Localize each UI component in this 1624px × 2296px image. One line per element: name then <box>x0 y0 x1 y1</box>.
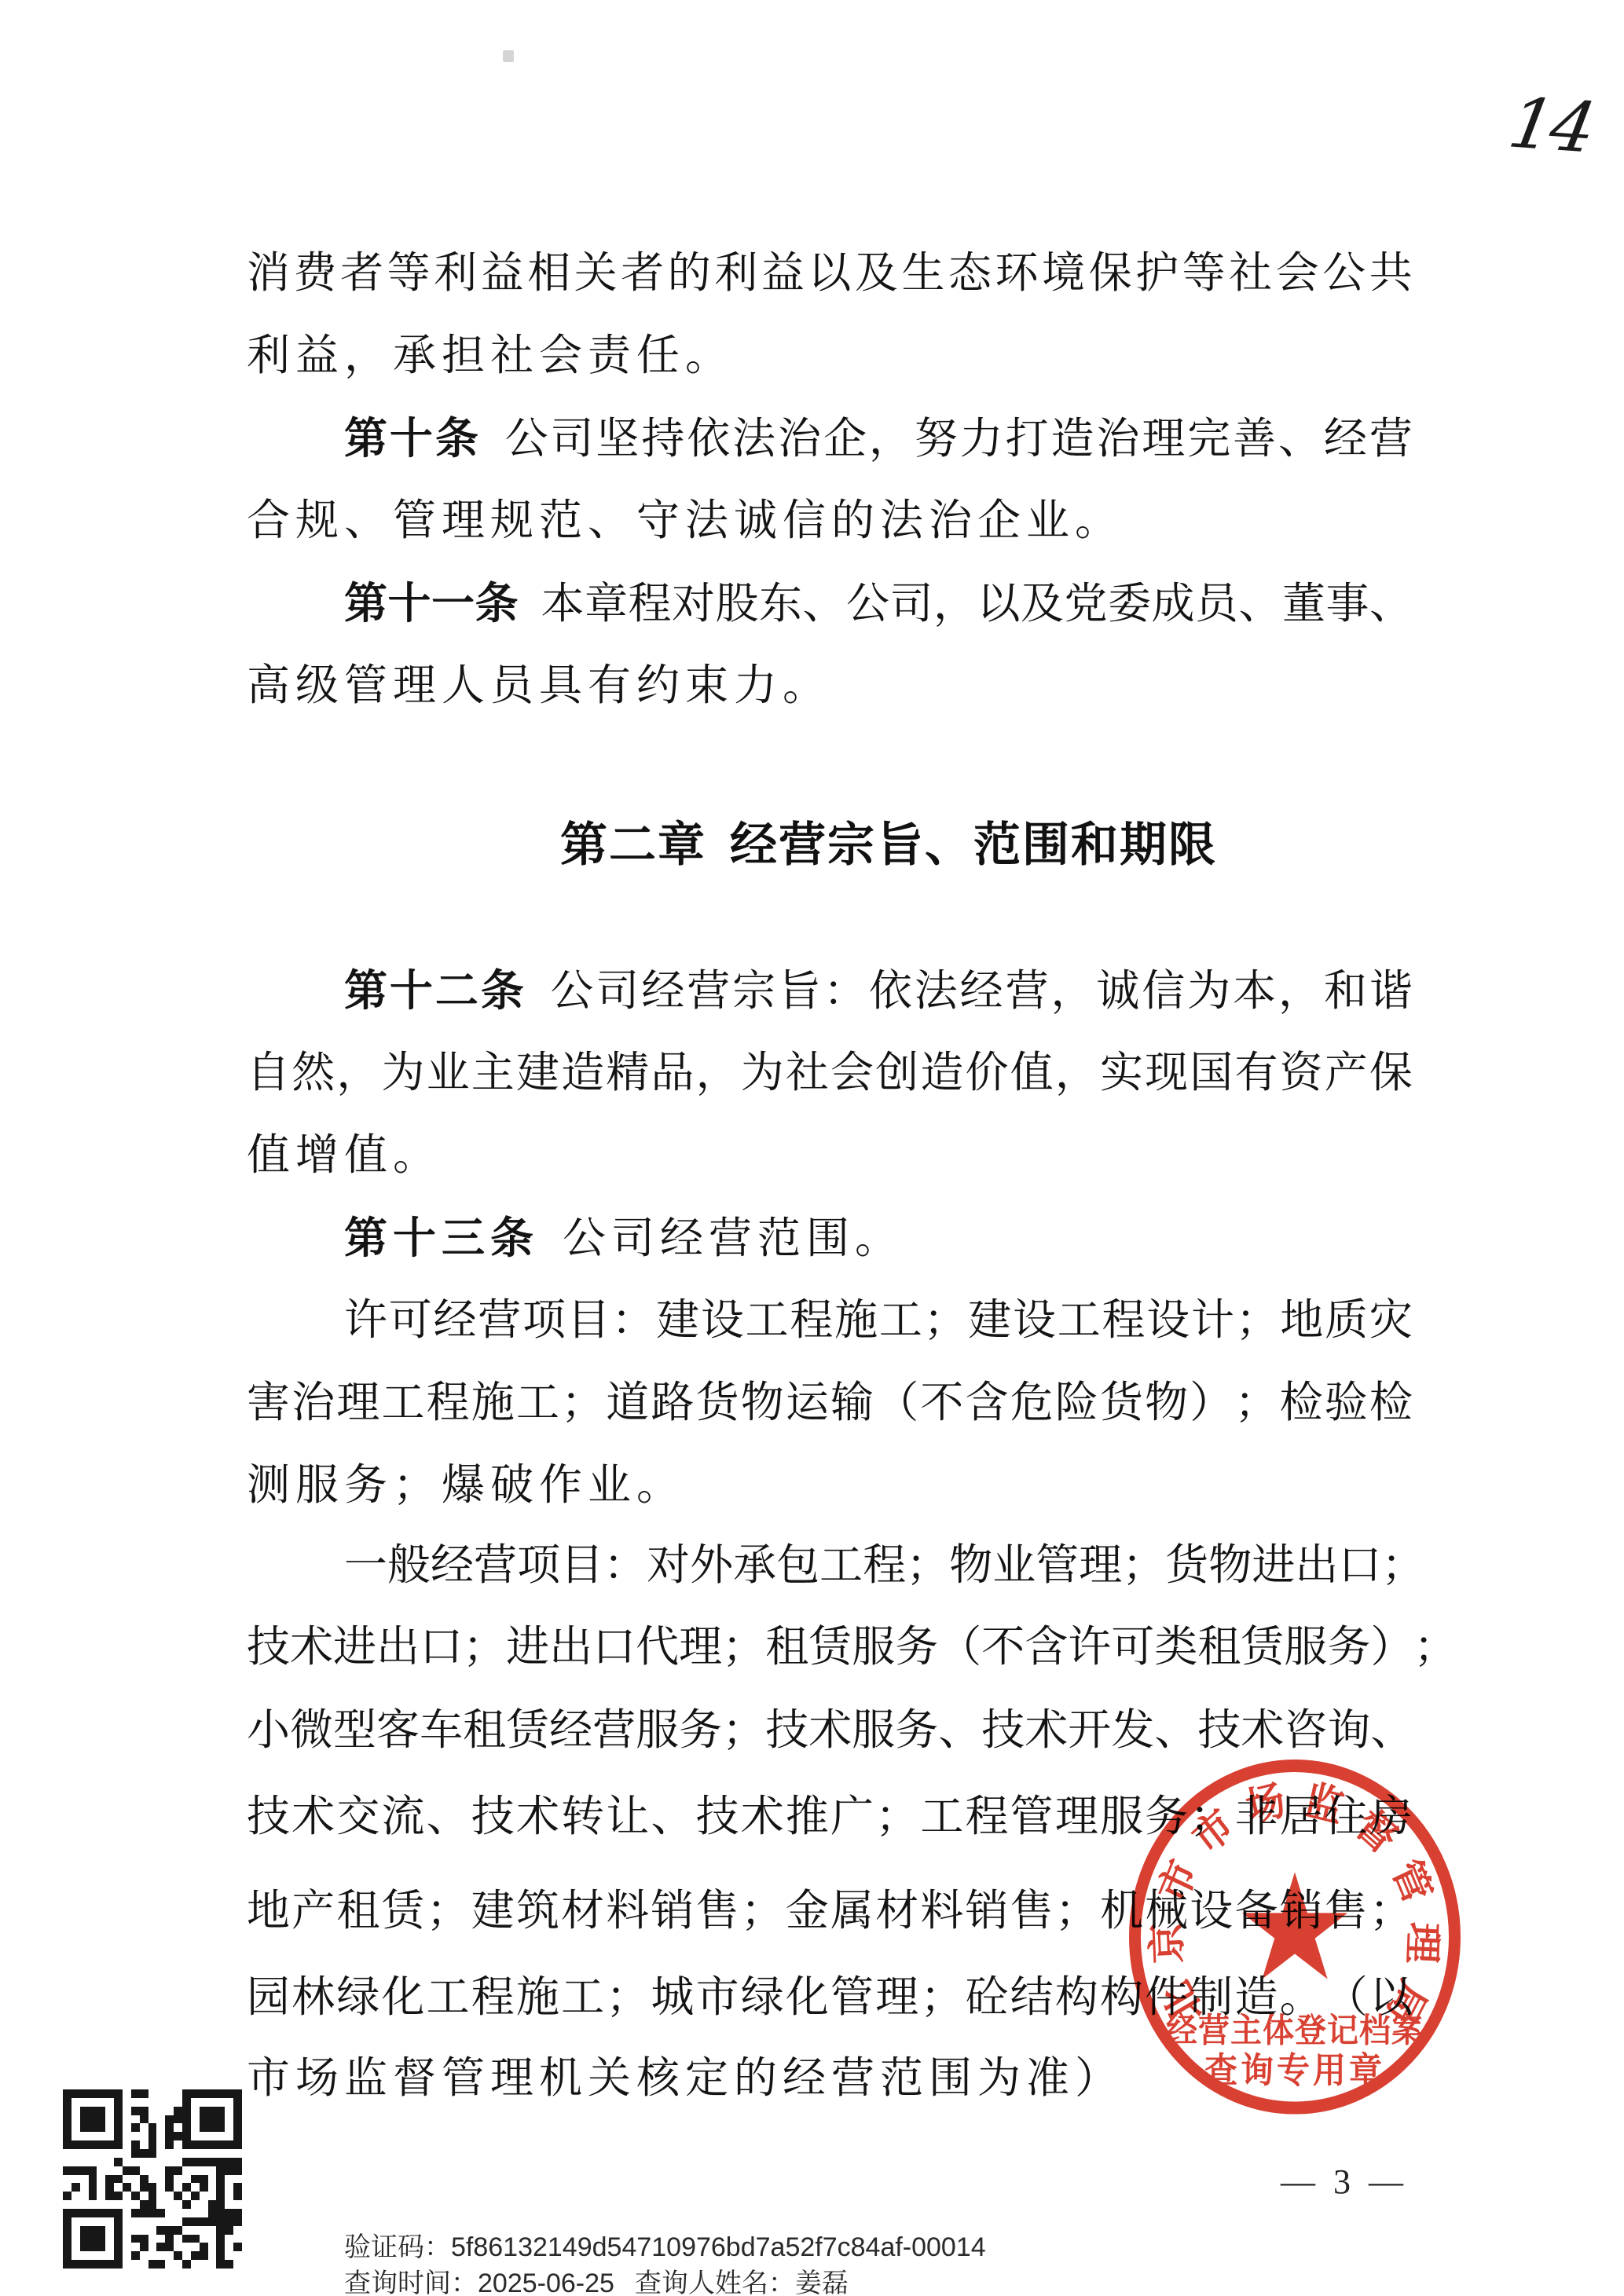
text-line: 值增值。 <box>247 1130 1413 1186</box>
qr-code <box>63 2089 242 2269</box>
text-line: 利益，承担社会责任。 <box>247 330 1413 386</box>
text-line: 高级管理人员具有约束力。 <box>247 660 1413 716</box>
query-info-line: 查询时间：2025-06-25查询人姓名：姜磊 <box>344 2265 986 2296</box>
handwritten-page-mark: 14 <box>1503 82 1599 168</box>
text-line: 测服务；爆破作业。 <box>247 1459 1413 1516</box>
stamp-text-line2: 查询专用章 <box>1129 2043 1461 2093</box>
chapter-heading: 第二章经营宗旨、范围和期限 <box>560 807 1217 875</box>
text-line-article-13: 第十三条公司经营范围。 <box>247 1212 1413 1269</box>
page-number: — 3 — <box>1281 2162 1408 2202</box>
text-line: 害治理工程施工；道路货物运输（不含危险货物）；检验检 <box>247 1377 1413 1434</box>
verification-code-line: 验证码：5f86132149d54710976bd7a52f7c84af-000… <box>344 2229 986 2265</box>
text-line: 合规、管理规范、守法诚信的法治企业。 <box>247 495 1413 551</box>
text-line-article-11: 第十一条本章程对股东、公司，以及党委成员、董事、 <box>247 577 1413 634</box>
scanned-page: { "page": { "handwritten_mark": "14", "p… <box>0 0 1624 2296</box>
star-icon: ★ <box>1234 1855 1357 2001</box>
scan-artifact-dot <box>503 50 514 62</box>
text-line: 一般经营项目：对外承包工程；物业管理；货物进出口； <box>247 1540 1413 1596</box>
text-line: 许可经营项目：建设工程施工；建设工程设计；地质灾 <box>247 1294 1413 1351</box>
text-line-article-12: 第十二条公司经营宗旨：依法经营，诚信为本，和谐 <box>247 965 1413 1021</box>
query-person-name: 姜磊 <box>795 2269 849 2296</box>
verification-code: 5f86132149d54710976bd7a52f7c84af-00014 <box>451 2232 986 2262</box>
text-line-article-10: 第十条公司坚持依法治企，努力打造治理完善、经营 <box>247 412 1413 469</box>
official-stamp: 北京市市场监督管理局 ★ 经营主体登记档案 查询专用章 <box>1129 1760 1461 2115</box>
verification-footer: 验证码：5f86132149d54710976bd7a52f7c84af-000… <box>344 2229 986 2296</box>
query-time: 2025-06-25 <box>478 2269 614 2296</box>
text-line: 自然，为业主建造精品，为社会创造价值，实现国有资产保 <box>247 1047 1413 1104</box>
text-line: 消费者等利益相关者的利益以及生态环境保护等社会公共 <box>247 247 1413 304</box>
text-line: 小微型客车租赁经营服务；技术服务、技术开发、技术咨询、 <box>247 1705 1413 1761</box>
text-line: 技术进出口；进出口代理；租赁服务（不含许可类租赁服务）； <box>247 1621 1413 1678</box>
